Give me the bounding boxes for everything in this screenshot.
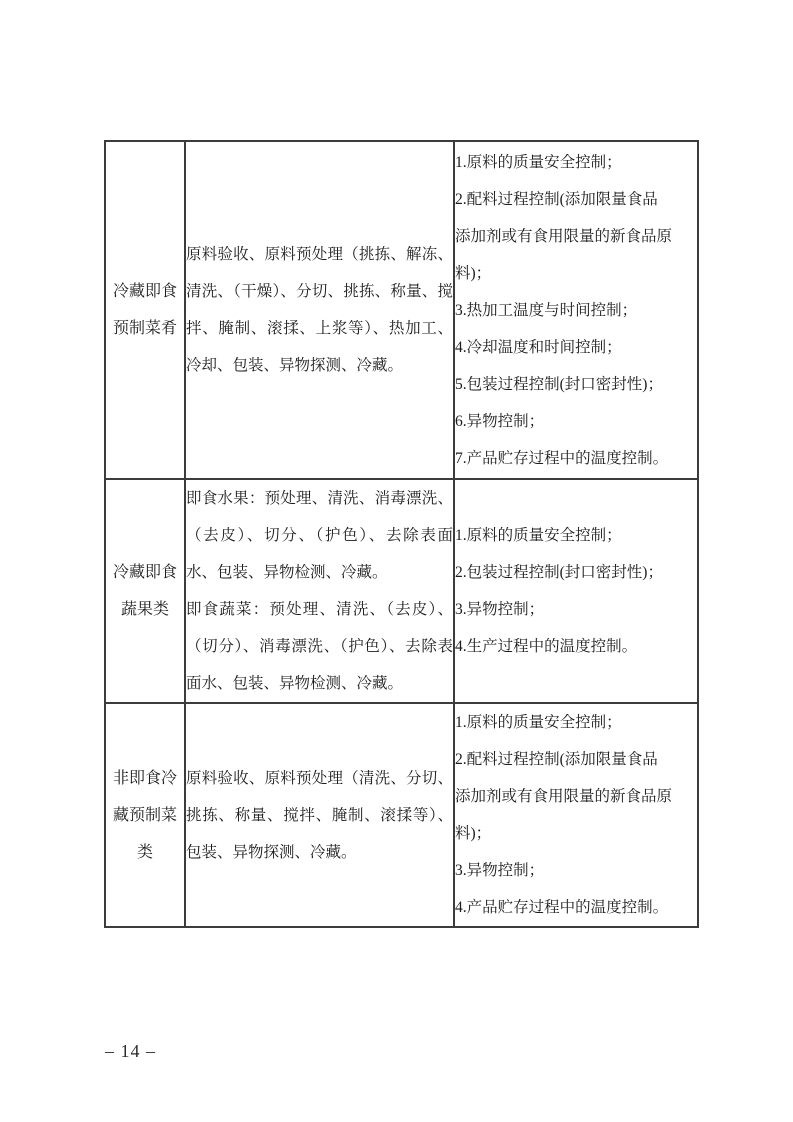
control-item: 2.配料过程控制(添加限量食品 添加剂或有食用限量的新食品原 料)；	[455, 181, 697, 292]
process-paragraph: 原料验收、原料预处理（挑拣、解冻、清洗、（干燥）、分切、挑拣、称量、搅拌、腌制、…	[186, 236, 453, 384]
control-item: 3.异物控制；	[455, 591, 697, 628]
control-item: 4.生产过程中的温度控制。	[455, 628, 697, 665]
table-body: 冷藏即食预制菜肴原料验收、原料预处理（挑拣、解冻、清洗、（干燥）、分切、挑拣、称…	[105, 141, 698, 927]
process-cell: 即食水果：预处理、清洗、消毒漂洗、（去皮）、切分、（护色）、去除表面水、包装、异…	[185, 479, 454, 703]
process-controls-table: 冷藏即食预制菜肴原料验收、原料预处理（挑拣、解冻、清洗、（干燥）、分切、挑拣、称…	[104, 140, 699, 928]
control-item: 5.包装过程控制(封口密封性)；	[455, 366, 697, 403]
category-cell: 冷藏即食蔬果类	[105, 479, 185, 703]
process-cell: 原料验收、原料预处理（挑拣、解冻、清洗、（干燥）、分切、挑拣、称量、搅拌、腌制、…	[185, 141, 454, 479]
table-row: 冷藏即食预制菜肴原料验收、原料预处理（挑拣、解冻、清洗、（干燥）、分切、挑拣、称…	[105, 141, 698, 479]
table-row: 冷藏即食蔬果类即食水果：预处理、清洗、消毒漂洗、（去皮）、切分、（护色）、去除表…	[105, 479, 698, 703]
control-item: 1.原料的质量安全控制；	[455, 517, 697, 554]
control-item: 6.异物控制；	[455, 403, 697, 440]
process-paragraph: 原料验收、原料预处理（清洗、分切、挑拣、称量、搅拌、腌制、滚揉等）、包装、异物探…	[186, 760, 453, 871]
page-number: – 14 –	[105, 1040, 156, 1062]
controls-cell: 1.原料的质量安全控制；2.配料过程控制(添加限量食品 添加剂或有食用限量的新食…	[454, 703, 698, 927]
control-item: 4.产品贮存过程中的温度控制。	[455, 889, 697, 926]
control-item: 1.原料的质量安全控制；	[455, 144, 697, 181]
document-page: 冷藏即食预制菜肴原料验收、原料预处理（挑拣、解冻、清洗、（干燥）、分切、挑拣、称…	[0, 0, 793, 1122]
control-item: 2.包装过程控制(封口密封性)；	[455, 554, 697, 591]
process-cell: 原料验收、原料预处理（清洗、分切、挑拣、称量、搅拌、腌制、滚揉等）、包装、异物探…	[185, 703, 454, 927]
process-paragraph: 即食蔬菜：预处理、清洗、（去皮）、（切分）、消毒漂洗、（护色）、去除表面水、包装…	[186, 591, 453, 702]
control-item: 7.产品贮存过程中的温度控制。	[455, 440, 697, 477]
control-item: 3.热加工温度与时间控制；	[455, 292, 697, 329]
controls-cell: 1.原料的质量安全控制；2.包装过程控制(封口密封性)；3.异物控制；4.生产过…	[454, 479, 698, 703]
control-item: 3.异物控制；	[455, 852, 697, 889]
process-paragraph: 即食水果：预处理、清洗、消毒漂洗、（去皮）、切分、（护色）、去除表面水、包装、异…	[186, 480, 453, 591]
control-item: 2.配料过程控制(添加限量食品 添加剂或有食用限量的新食品原 料)；	[455, 741, 697, 852]
control-item: 1.原料的质量安全控制；	[455, 704, 697, 741]
control-item: 4.冷却温度和时间控制；	[455, 329, 697, 366]
controls-cell: 1.原料的质量安全控制；2.配料过程控制(添加限量食品 添加剂或有食用限量的新食…	[454, 141, 698, 479]
table-row: 非即食冷藏预制菜类原料验收、原料预处理（清洗、分切、挑拣、称量、搅拌、腌制、滚揉…	[105, 703, 698, 927]
category-cell: 冷藏即食预制菜肴	[105, 141, 185, 479]
category-cell: 非即食冷藏预制菜类	[105, 703, 185, 927]
